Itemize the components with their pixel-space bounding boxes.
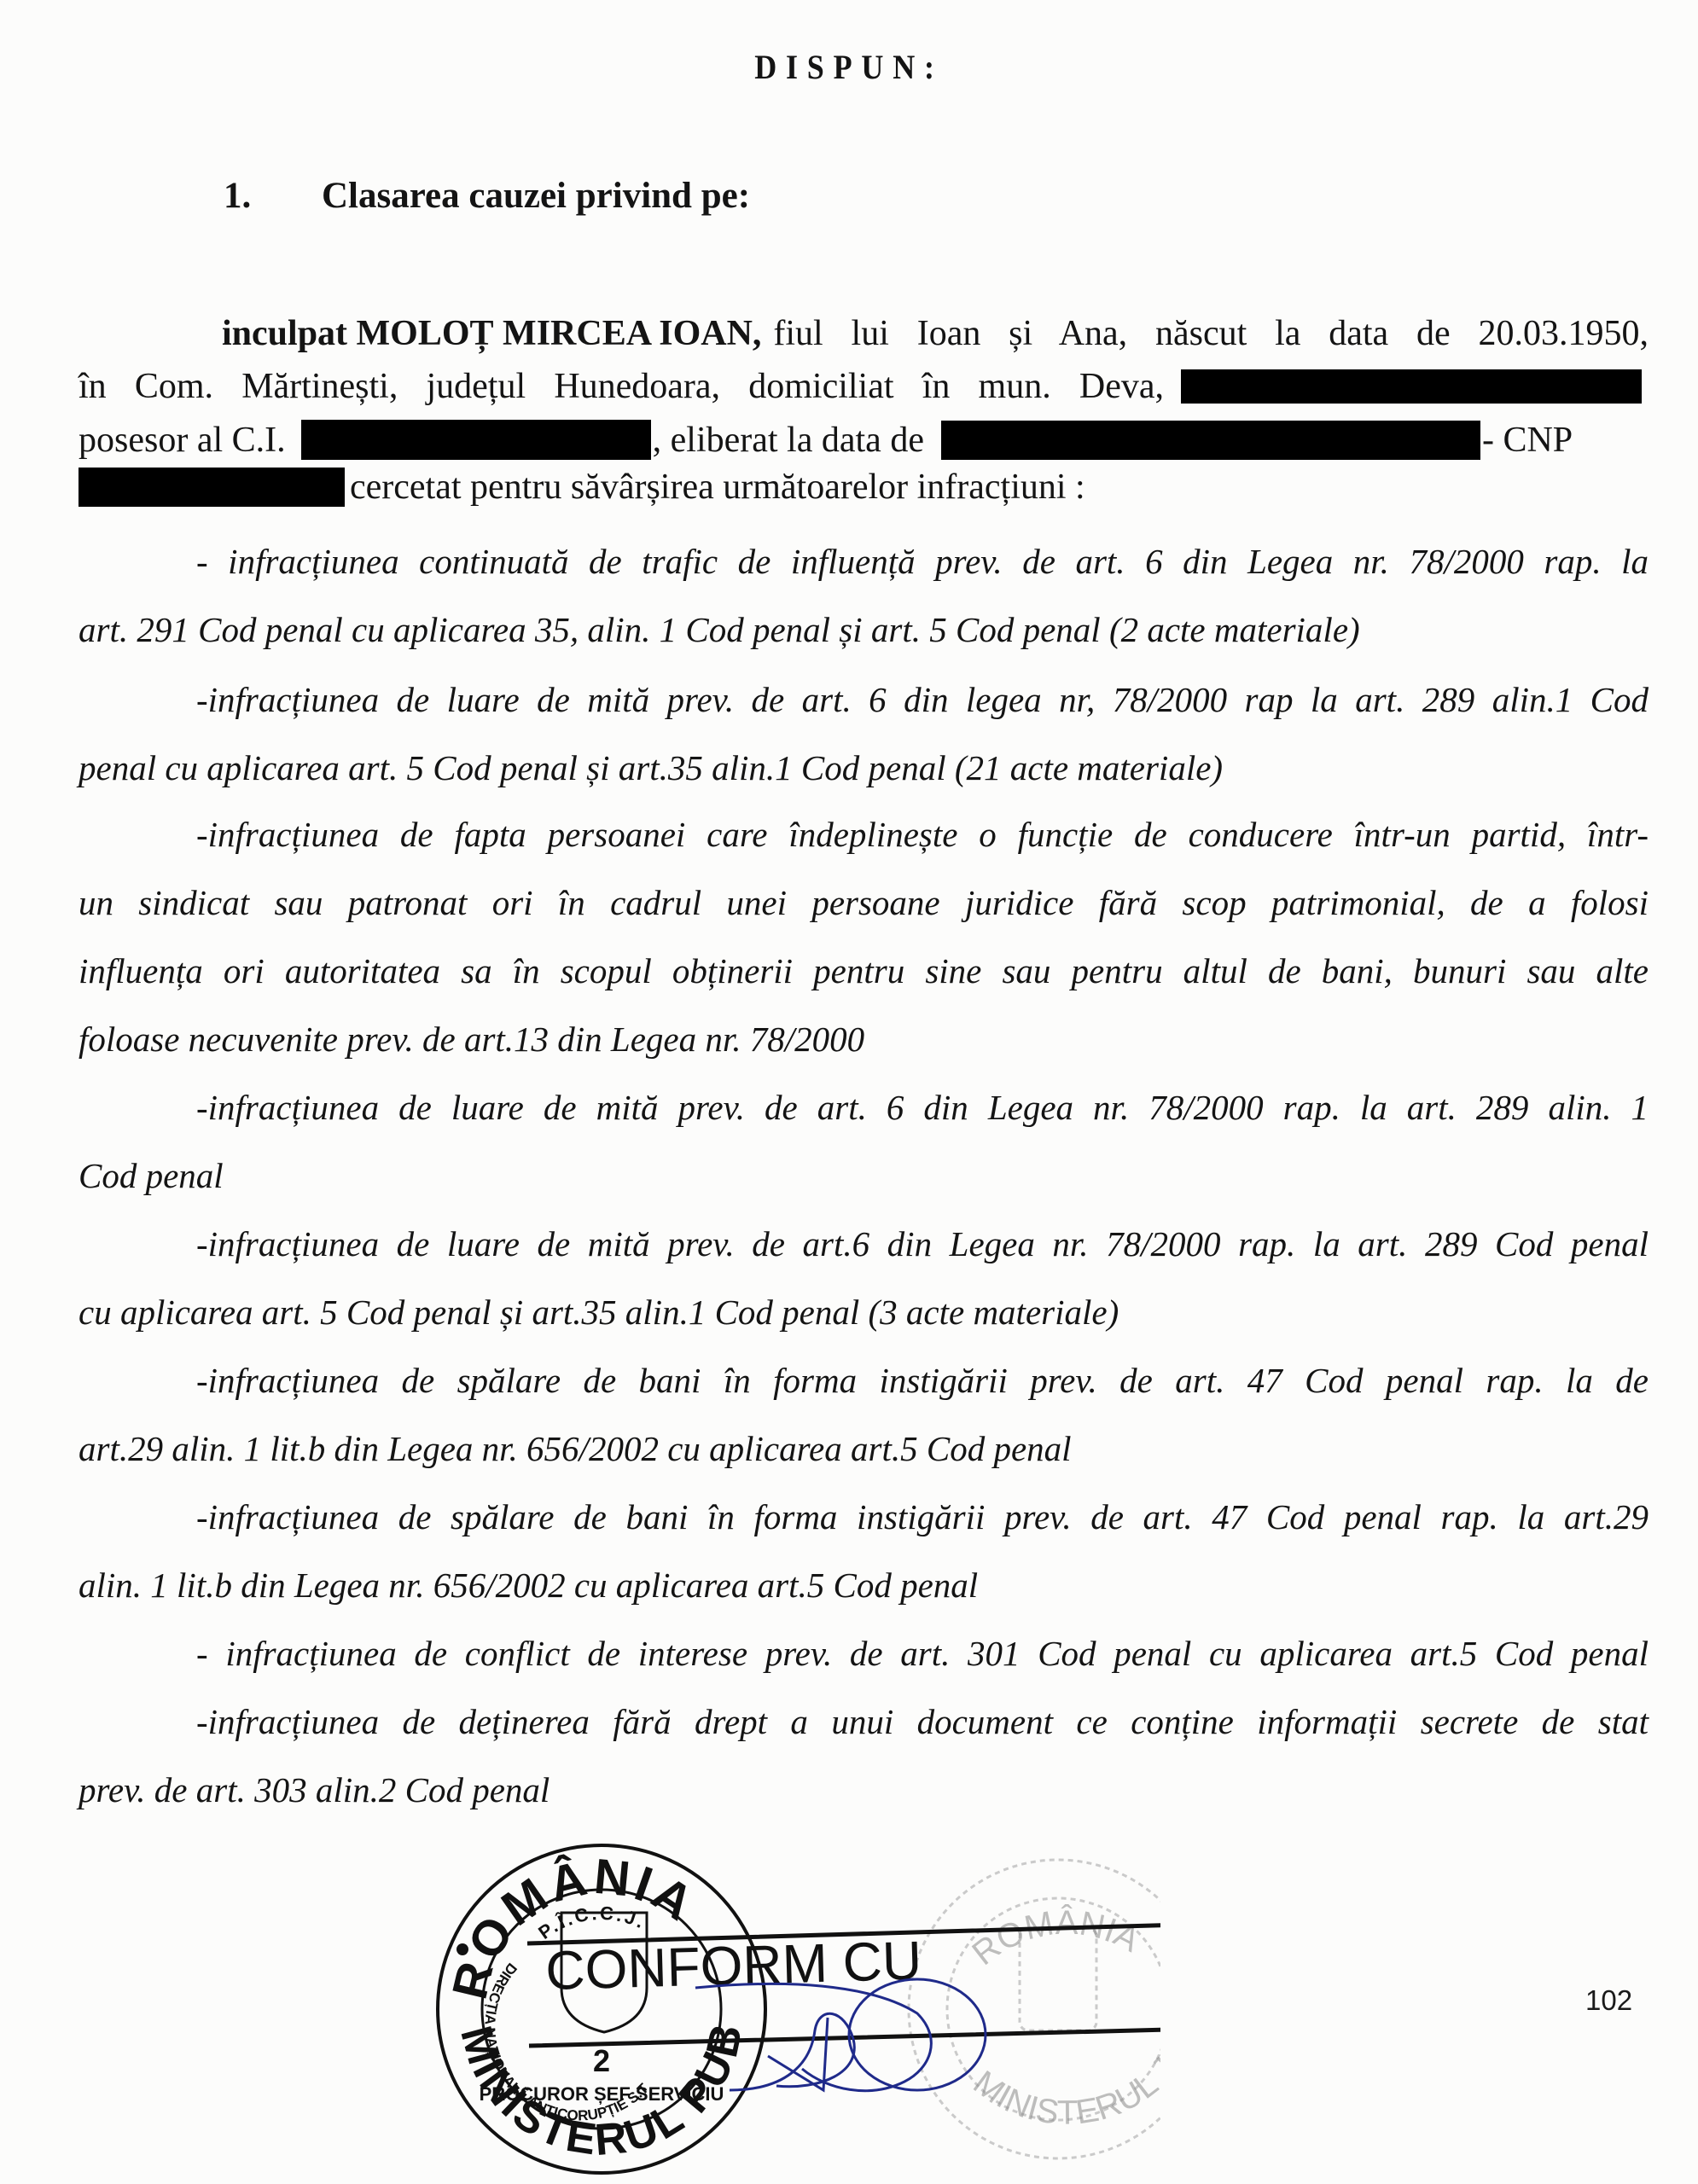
investigated-for-text: cercetat pentru săvârșirea următoarelor … [350, 469, 1085, 505]
page-number: 102 [1585, 1984, 1632, 2017]
document-page: DISPUN: 1.Clasarea cauzei privind pe: in… [0, 0, 1698, 2184]
section-title-text: Clasarea cauzei privind pe: [322, 176, 750, 216]
cnp-label: - CNP [1482, 422, 1573, 458]
offense-line-first: - infracțiunea de conflict de interese p… [79, 1636, 1649, 1671]
id-card-label: posesor al C.I. [79, 422, 286, 458]
offense-line: penal cu aplicarea art. 5 Cod penal și a… [79, 751, 1649, 786]
official-stamps: ROMÂNIA MINISTERUL JUSTIȚIEI ROMÂNIA MIN… [427, 1834, 1160, 2184]
offense-line-first: -infracțiunea de spălare de bani în form… [79, 1500, 1649, 1535]
offense-line: art. 291 Cod penal cu aplicarea 35, alin… [79, 613, 1649, 648]
offense-line-first: -infracțiunea de luare de mită prev. de … [79, 1227, 1649, 1262]
offense-line: cu aplicarea art. 5 Cod penal și art.35 … [79, 1295, 1649, 1330]
offense-line-first: -infracțiunea de spălare de bani în form… [79, 1363, 1649, 1398]
offense-line: Cod penal [79, 1159, 1649, 1194]
defendant-line-4: cercetat pentru săvârșirea următoarelor … [79, 468, 1649, 507]
svg-text:PROCUROR ȘEF SERVICIU: PROCUROR ȘEF SERVICIU [480, 2083, 724, 2105]
section-title: 1.Clasarea cauzei privind pe: [224, 175, 750, 217]
offense-line: un sindicat sau patronat ori în cadrul u… [79, 886, 1649, 921]
offense-line-first: -infracțiunea de fapta persoanei care în… [79, 817, 1649, 852]
offense-line-first: -infracțiunea de luare de mită prev. de … [79, 682, 1649, 717]
offense-line-first: - infracțiunea continuată de trafic de i… [79, 544, 1649, 579]
redacted-cnp [79, 468, 345, 507]
offense-line: art.29 alin. 1 lit.b din Legea nr. 656/2… [79, 1432, 1649, 1467]
offense-line: influența ori autoritatea sa în scopul o… [79, 954, 1649, 989]
defendant-name: inculpat MOLOȚ MIRCEA IOAN, [222, 316, 761, 351]
offense-line-first: -infracțiunea de luare de mită prev. de … [79, 1090, 1649, 1125]
svg-text:ROMÂNIA: ROMÂNIA [965, 1903, 1145, 1972]
defendant-parents-birth: fiul lui Ioan și Ana, născut la data de … [761, 316, 1649, 351]
issued-date-label: , eliberat la data de [653, 422, 924, 458]
offense-line: prev. de art. 303 alin.2 Cod penal [79, 1773, 1649, 1808]
section-number: 1. [224, 175, 322, 217]
offense-line: foloase necuvenite prev. de art.13 din L… [79, 1022, 1649, 1057]
svg-text:CONFORM CU: CONFORM CU [544, 1930, 922, 2001]
offense-line: alin. 1 lit.b din Legea nr. 656/2002 cu … [79, 1568, 1649, 1603]
defendant-line-1: inculpat MOLOȚ MIRCEA IOAN, fiul lui Ioa… [79, 316, 1649, 351]
defendant-line-2: în Com. Mărtinești, județul Hunedoara, d… [79, 369, 1649, 404]
offense-line-first: -infracțiunea de deținerea fără drept a … [79, 1705, 1649, 1740]
redacted-issue-date [941, 421, 1480, 460]
redacted-address [1181, 369, 1642, 404]
defendant-line-3: posesor al C.I. , eliberat la data de - … [79, 420, 1649, 460]
document-heading: DISPUN: [85, 47, 1614, 87]
redacted-id-card [301, 420, 651, 460]
defendant-birthplace-domicile: în Com. Mărtinești, județul Hunedoara, d… [79, 369, 1181, 404]
svg-text:2: 2 [593, 2043, 610, 2078]
